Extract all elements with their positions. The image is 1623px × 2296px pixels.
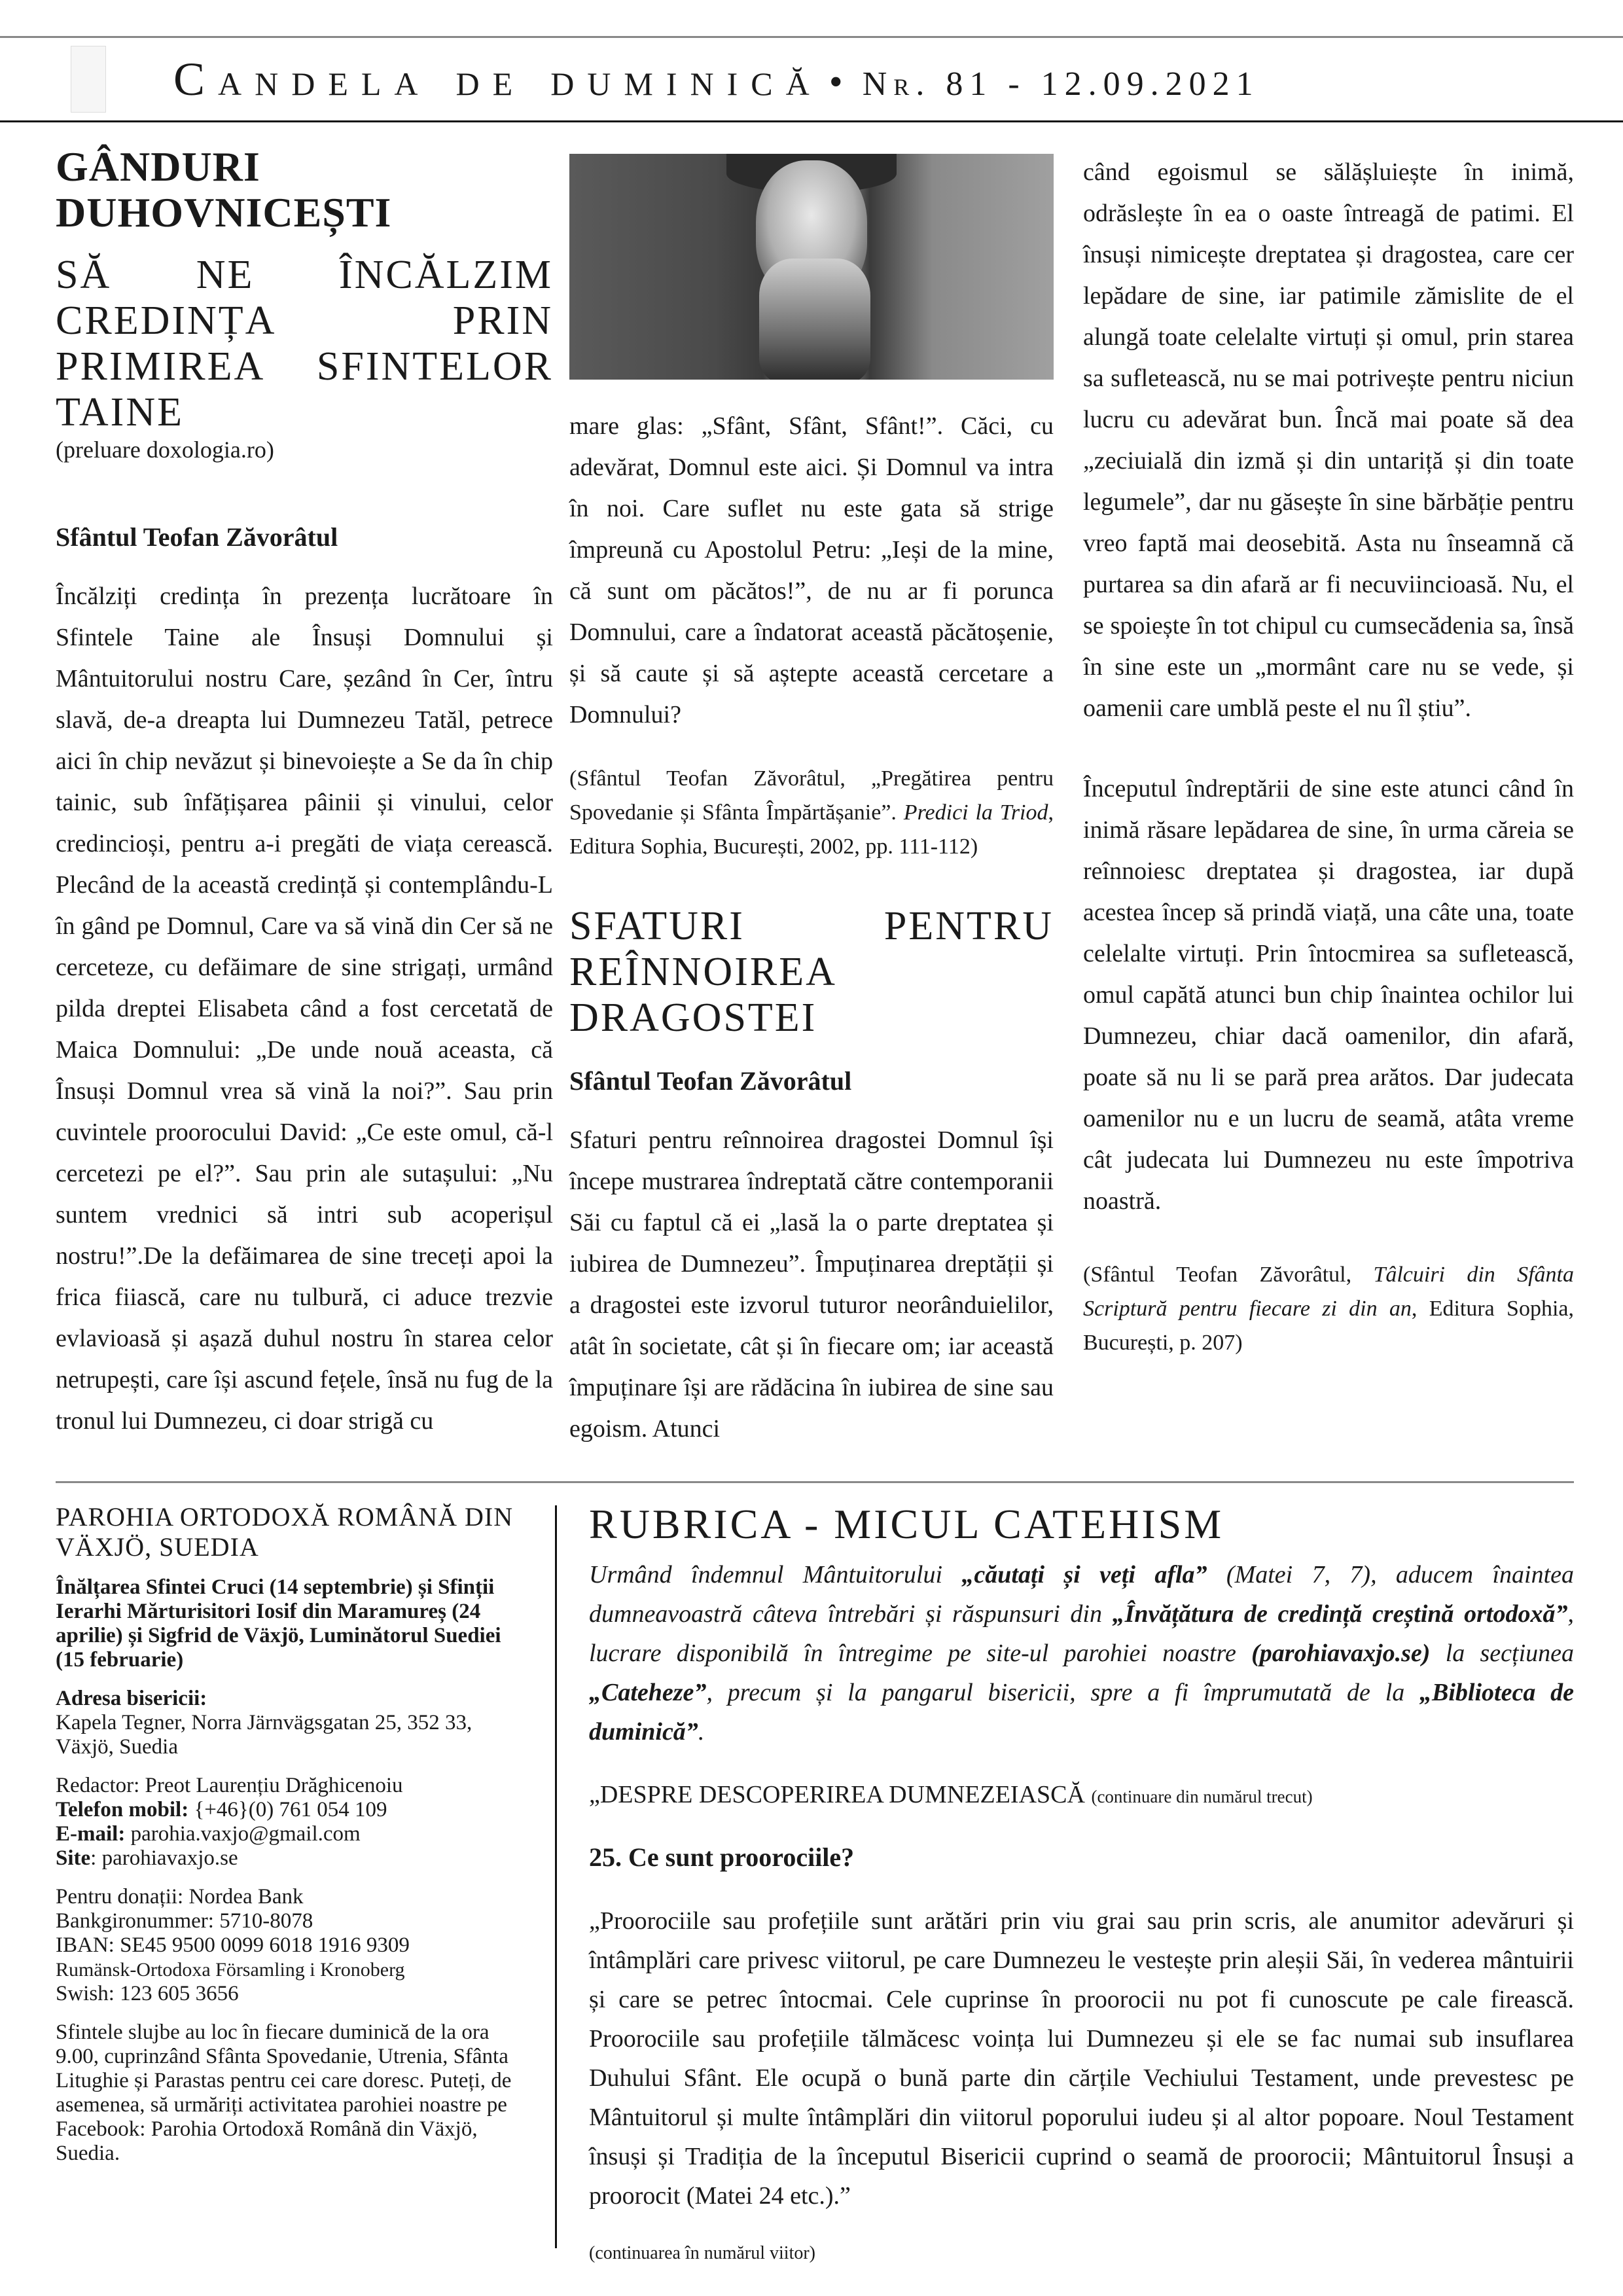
top-rule xyxy=(0,36,1623,38)
article1-source: (preluare doxologia.ro) xyxy=(56,435,553,464)
article2-body: Sfaturi pentru reînnoirea dragostei Domn… xyxy=(569,1120,1054,1450)
parish-donations: Pentru donații: Nordea Bank Bankgironumm… xyxy=(56,1885,524,2006)
parish-contacts: Redactor: Preot Laurențiu Drăghicenoiu T… xyxy=(56,1774,524,1871)
article2-body-2: Începutul îndreptării de sine este atunc… xyxy=(1083,768,1574,1222)
article1-title: SĂ NE ÎNCĂLZIM CREDINȚA PRIN PRIMIREA SF… xyxy=(56,252,553,435)
article1-column: GÂNDURI DUHOVNICEȘTI SĂ NE ÎNCĂLZIM CRED… xyxy=(56,144,553,1468)
article2-right-column: când egoismul se sălășluiește în inimă, … xyxy=(1083,152,1574,1386)
article2-body-continued: când egoismul se sălășluiește în inimă, … xyxy=(1083,152,1574,729)
rubrica-intro: Urmând îndemnul Mântuitorului „căutați ș… xyxy=(589,1555,1574,1751)
site-link[interactable]: : parohiavaxjo.se xyxy=(90,1846,238,1870)
parish-address: Adresa bisericii:Kapela Tegner, Norra Jä… xyxy=(56,1687,524,1759)
email-link[interactable]: parohia.vaxjo@gmail.com xyxy=(125,1822,360,1846)
article1-body: Încălziți credința în prezența lucrătoar… xyxy=(56,576,553,1442)
section-divider xyxy=(56,1481,1574,1483)
article1-author: Sfântul Teofan Zăvorâtul xyxy=(56,516,553,558)
question: 25. Ce sunt prooro­ciile? xyxy=(589,1840,1574,1875)
parish-patrons: Înălțarea Sfintei Cruci (14 septembrie) … xyxy=(56,1575,524,1672)
saint-portrait-image xyxy=(569,154,1054,380)
newsletter-title: Candela de duminică xyxy=(173,52,823,107)
parish-title: PAROHIA ORTODOXĂ ROMÂNĂ DIN VÄXJÖ, SUEDI… xyxy=(56,1502,524,1562)
chapter-heading: „DESPRE DESCOPERIREA DUMNEZEIASCĂ (conti… xyxy=(589,1778,1574,1814)
issue-number-date: Nr. 81 - 12.09.2021 xyxy=(863,65,1260,103)
article1-body-continued: mare glas: „Sfânt, Sfânt, Sfânt!”. Căci,… xyxy=(569,406,1054,736)
column-divider xyxy=(555,1505,557,2248)
site-link-inline[interactable]: (parohiavaxjo.se) xyxy=(1251,1640,1430,1667)
phone-number: {+46}(0) 761 054 109 xyxy=(188,1798,387,1821)
article-middle-column: mare glas: „Sfânt, Sfânt, Sfânt!”. Căci,… xyxy=(569,406,1054,1476)
article2-author: Sfântul Teofan Zăvorâtul xyxy=(569,1060,1054,1102)
header-rule xyxy=(0,120,1623,122)
continued-note: (continuarea în numărul viitor) xyxy=(589,2242,1574,2265)
editor-text: Redactor: Preot Laurențiu Drăghicenoiu xyxy=(56,1774,403,1797)
section-heading: GÂNDURI DUHOVNICEȘTI xyxy=(56,144,553,236)
masthead: Candela de duminică • Nr. 81 - 12.09.202… xyxy=(173,52,1260,118)
article2-title: SFATURI PENTRU REÎNNOIREA DRAGOSTEI xyxy=(569,903,1054,1041)
article1-citation: (Sfântul Teofan Zăvorâtul, „Pregătirea p… xyxy=(569,762,1054,864)
parish-logo-icon xyxy=(71,46,106,113)
article2-citation: (Sfântul Teofan Zăvorâtul, Tâlcuiri din … xyxy=(1083,1258,1574,1360)
rubrica-section: RUBRICA - MICUL CATEHISM Urmând îndemnul… xyxy=(589,1499,1574,2291)
parish-services: Sfintele slujbe au loc în fiecare dumini… xyxy=(56,2020,524,2166)
answer: „Proorociile sau profețiile sunt arătări… xyxy=(589,1901,1574,2215)
parish-info-box: PAROHIA ORTODOXĂ ROMÂNĂ DIN VÄXJÖ, SUEDI… xyxy=(56,1502,524,2180)
bullet-separator: • xyxy=(829,60,843,105)
rubrica-title: RUBRICA - MICUL CATEHISM xyxy=(589,1499,1574,1550)
